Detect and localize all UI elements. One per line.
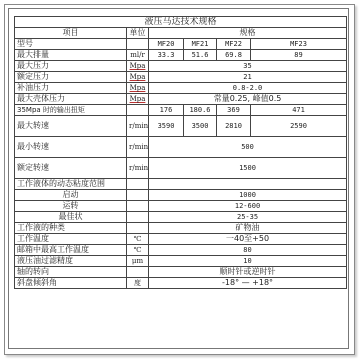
row-value: 2590 bbox=[251, 116, 347, 137]
model-mf23: MF23 bbox=[251, 39, 347, 50]
row-unit: μm bbox=[127, 256, 149, 267]
row-label: 最大压力 bbox=[15, 61, 127, 72]
table-row: 最大壳体压力 Mpa 常量0.25, 峰值0.5 bbox=[15, 94, 347, 105]
row-unit: 度 bbox=[127, 278, 149, 289]
row-label: 工作液体的动态粘度范围 bbox=[15, 179, 127, 190]
row-value: 3590 bbox=[149, 116, 184, 137]
table-row: 轴的转向 顺时针或逆时针 bbox=[15, 267, 347, 278]
table-row: 液压油过滤精度 μm 10 bbox=[15, 256, 347, 267]
table-row: 工作液体的动态粘度范围 bbox=[15, 179, 347, 190]
table-row: 运转 12-600 bbox=[15, 201, 347, 212]
row-label: 最佳状 bbox=[15, 212, 127, 223]
row-unit: Mpa bbox=[127, 94, 149, 105]
row-label: 启动 bbox=[15, 190, 127, 201]
row-value: 180.6 bbox=[184, 105, 217, 116]
row-unit: ℃ bbox=[127, 245, 149, 256]
row-label: 斜盘倾斜角 bbox=[15, 278, 127, 289]
row-unit bbox=[127, 267, 149, 278]
row-value: 500 bbox=[149, 137, 347, 158]
table-row: 额定压力 Mpa 21 bbox=[15, 72, 347, 83]
row-label: 额定压力 bbox=[15, 72, 127, 83]
row-value: 1500 bbox=[149, 158, 347, 179]
header-unit: 单位 bbox=[127, 28, 149, 39]
row-value: 10 bbox=[149, 256, 347, 267]
row-label: 邮箱中最高工作温度 bbox=[15, 245, 127, 256]
row-value: 21 bbox=[149, 72, 347, 83]
table-row: 最大排量 ml/r 33.3 51.6 69.8 89 bbox=[15, 50, 347, 61]
row-label: 型号 bbox=[15, 39, 127, 50]
row-unit bbox=[127, 39, 149, 50]
row-label: 工作温度 bbox=[15, 234, 127, 245]
row-value: 471 bbox=[251, 105, 347, 116]
row-unit bbox=[127, 201, 149, 212]
row-unit: ℃ bbox=[127, 234, 149, 245]
row-unit: r/min bbox=[127, 158, 149, 179]
row-label: 液压油过滤精度 bbox=[15, 256, 127, 267]
row-unit bbox=[127, 223, 149, 234]
row-value: 常量0.25, 峰值0.5 bbox=[149, 94, 347, 105]
row-unit: r/min bbox=[127, 137, 149, 158]
row-unit bbox=[127, 212, 149, 223]
table-row: 额定转速 r/min 1500 bbox=[15, 158, 347, 179]
row-label: 最小转速 bbox=[15, 137, 127, 158]
row-value: 89 bbox=[251, 50, 347, 61]
row-unit: Mpa bbox=[127, 72, 149, 83]
table-row: 工作液的种类 矿物油 bbox=[15, 223, 347, 234]
row-value: 12-600 bbox=[149, 201, 347, 212]
row-unit bbox=[127, 179, 149, 190]
table-row: 最大转速 r/min 3590 3500 2810 2590 bbox=[15, 116, 347, 137]
row-label: 最大壳体压力 bbox=[15, 94, 127, 105]
header-spec: 规格 bbox=[149, 28, 347, 39]
row-unit: r/min bbox=[127, 116, 149, 137]
row-value: 69.8 bbox=[217, 50, 251, 61]
row-value: 1000 bbox=[149, 190, 347, 201]
row-value: 369 bbox=[217, 105, 251, 116]
row-label: 运转 bbox=[15, 201, 127, 212]
row-label: 补油压力 bbox=[15, 83, 127, 94]
table-row-model: 型号 MF20 MF21 MF22 MF23 bbox=[15, 39, 347, 50]
row-value: 顺时针或逆时针 bbox=[149, 267, 347, 278]
row-unit: ml/r bbox=[127, 50, 149, 61]
table-title: 液压马达技术规格 bbox=[15, 17, 347, 28]
row-value: 176 bbox=[149, 105, 184, 116]
table-row: 补油压力 Mpa 0.8-2.0 bbox=[15, 83, 347, 94]
row-label: 最大转速 bbox=[15, 116, 127, 137]
row-value: 2810 bbox=[217, 116, 251, 137]
row-value: 51.6 bbox=[184, 50, 217, 61]
table-row: 邮箱中最高工作温度 ℃ 80 bbox=[15, 245, 347, 256]
row-unit bbox=[127, 105, 149, 116]
row-label: 额定转速 bbox=[15, 158, 127, 179]
row-value: 一40至+50 bbox=[149, 234, 347, 245]
header-item: 项目 bbox=[15, 28, 127, 39]
row-value: -18° — +18° bbox=[149, 278, 347, 289]
table-row: 35Mpa 时的输出扭矩 176 180.6 369 471 bbox=[15, 105, 347, 116]
row-value: 35 bbox=[149, 61, 347, 72]
table-row: 工作温度 ℃ 一40至+50 bbox=[15, 234, 347, 245]
table-row: 最大压力 Mpa 35 bbox=[15, 61, 347, 72]
row-label: 轴的转向 bbox=[15, 267, 127, 278]
row-value: 25-35 bbox=[149, 212, 347, 223]
row-unit: Mpa bbox=[127, 61, 149, 72]
model-mf20: MF20 bbox=[149, 39, 184, 50]
row-label: 35Mpa 时的输出扭矩 bbox=[15, 105, 127, 116]
model-mf21: MF21 bbox=[184, 39, 217, 50]
table-row: 最佳状 25-35 bbox=[15, 212, 347, 223]
model-mf22: MF22 bbox=[217, 39, 251, 50]
row-value bbox=[149, 179, 347, 190]
row-unit: Mpa bbox=[127, 83, 149, 94]
table-row: 启动 1000 bbox=[15, 190, 347, 201]
table-row: 斜盘倾斜角 度 -18° — +18° bbox=[15, 278, 347, 289]
table-row: 最小转速 r/min 500 bbox=[15, 137, 347, 158]
row-unit bbox=[127, 190, 149, 201]
row-label: 工作液的种类 bbox=[15, 223, 127, 234]
row-label: 最大排量 bbox=[15, 50, 127, 61]
row-value: 0.8-2.0 bbox=[149, 83, 347, 94]
row-value: 80 bbox=[149, 245, 347, 256]
row-value: 矿物油 bbox=[149, 223, 347, 234]
row-value: 3500 bbox=[184, 116, 217, 137]
spec-table: 液压马达技术规格 项目 单位 规格 型号 MF20 MF21 MF22 MF23… bbox=[14, 16, 347, 289]
row-value: 33.3 bbox=[149, 50, 184, 61]
